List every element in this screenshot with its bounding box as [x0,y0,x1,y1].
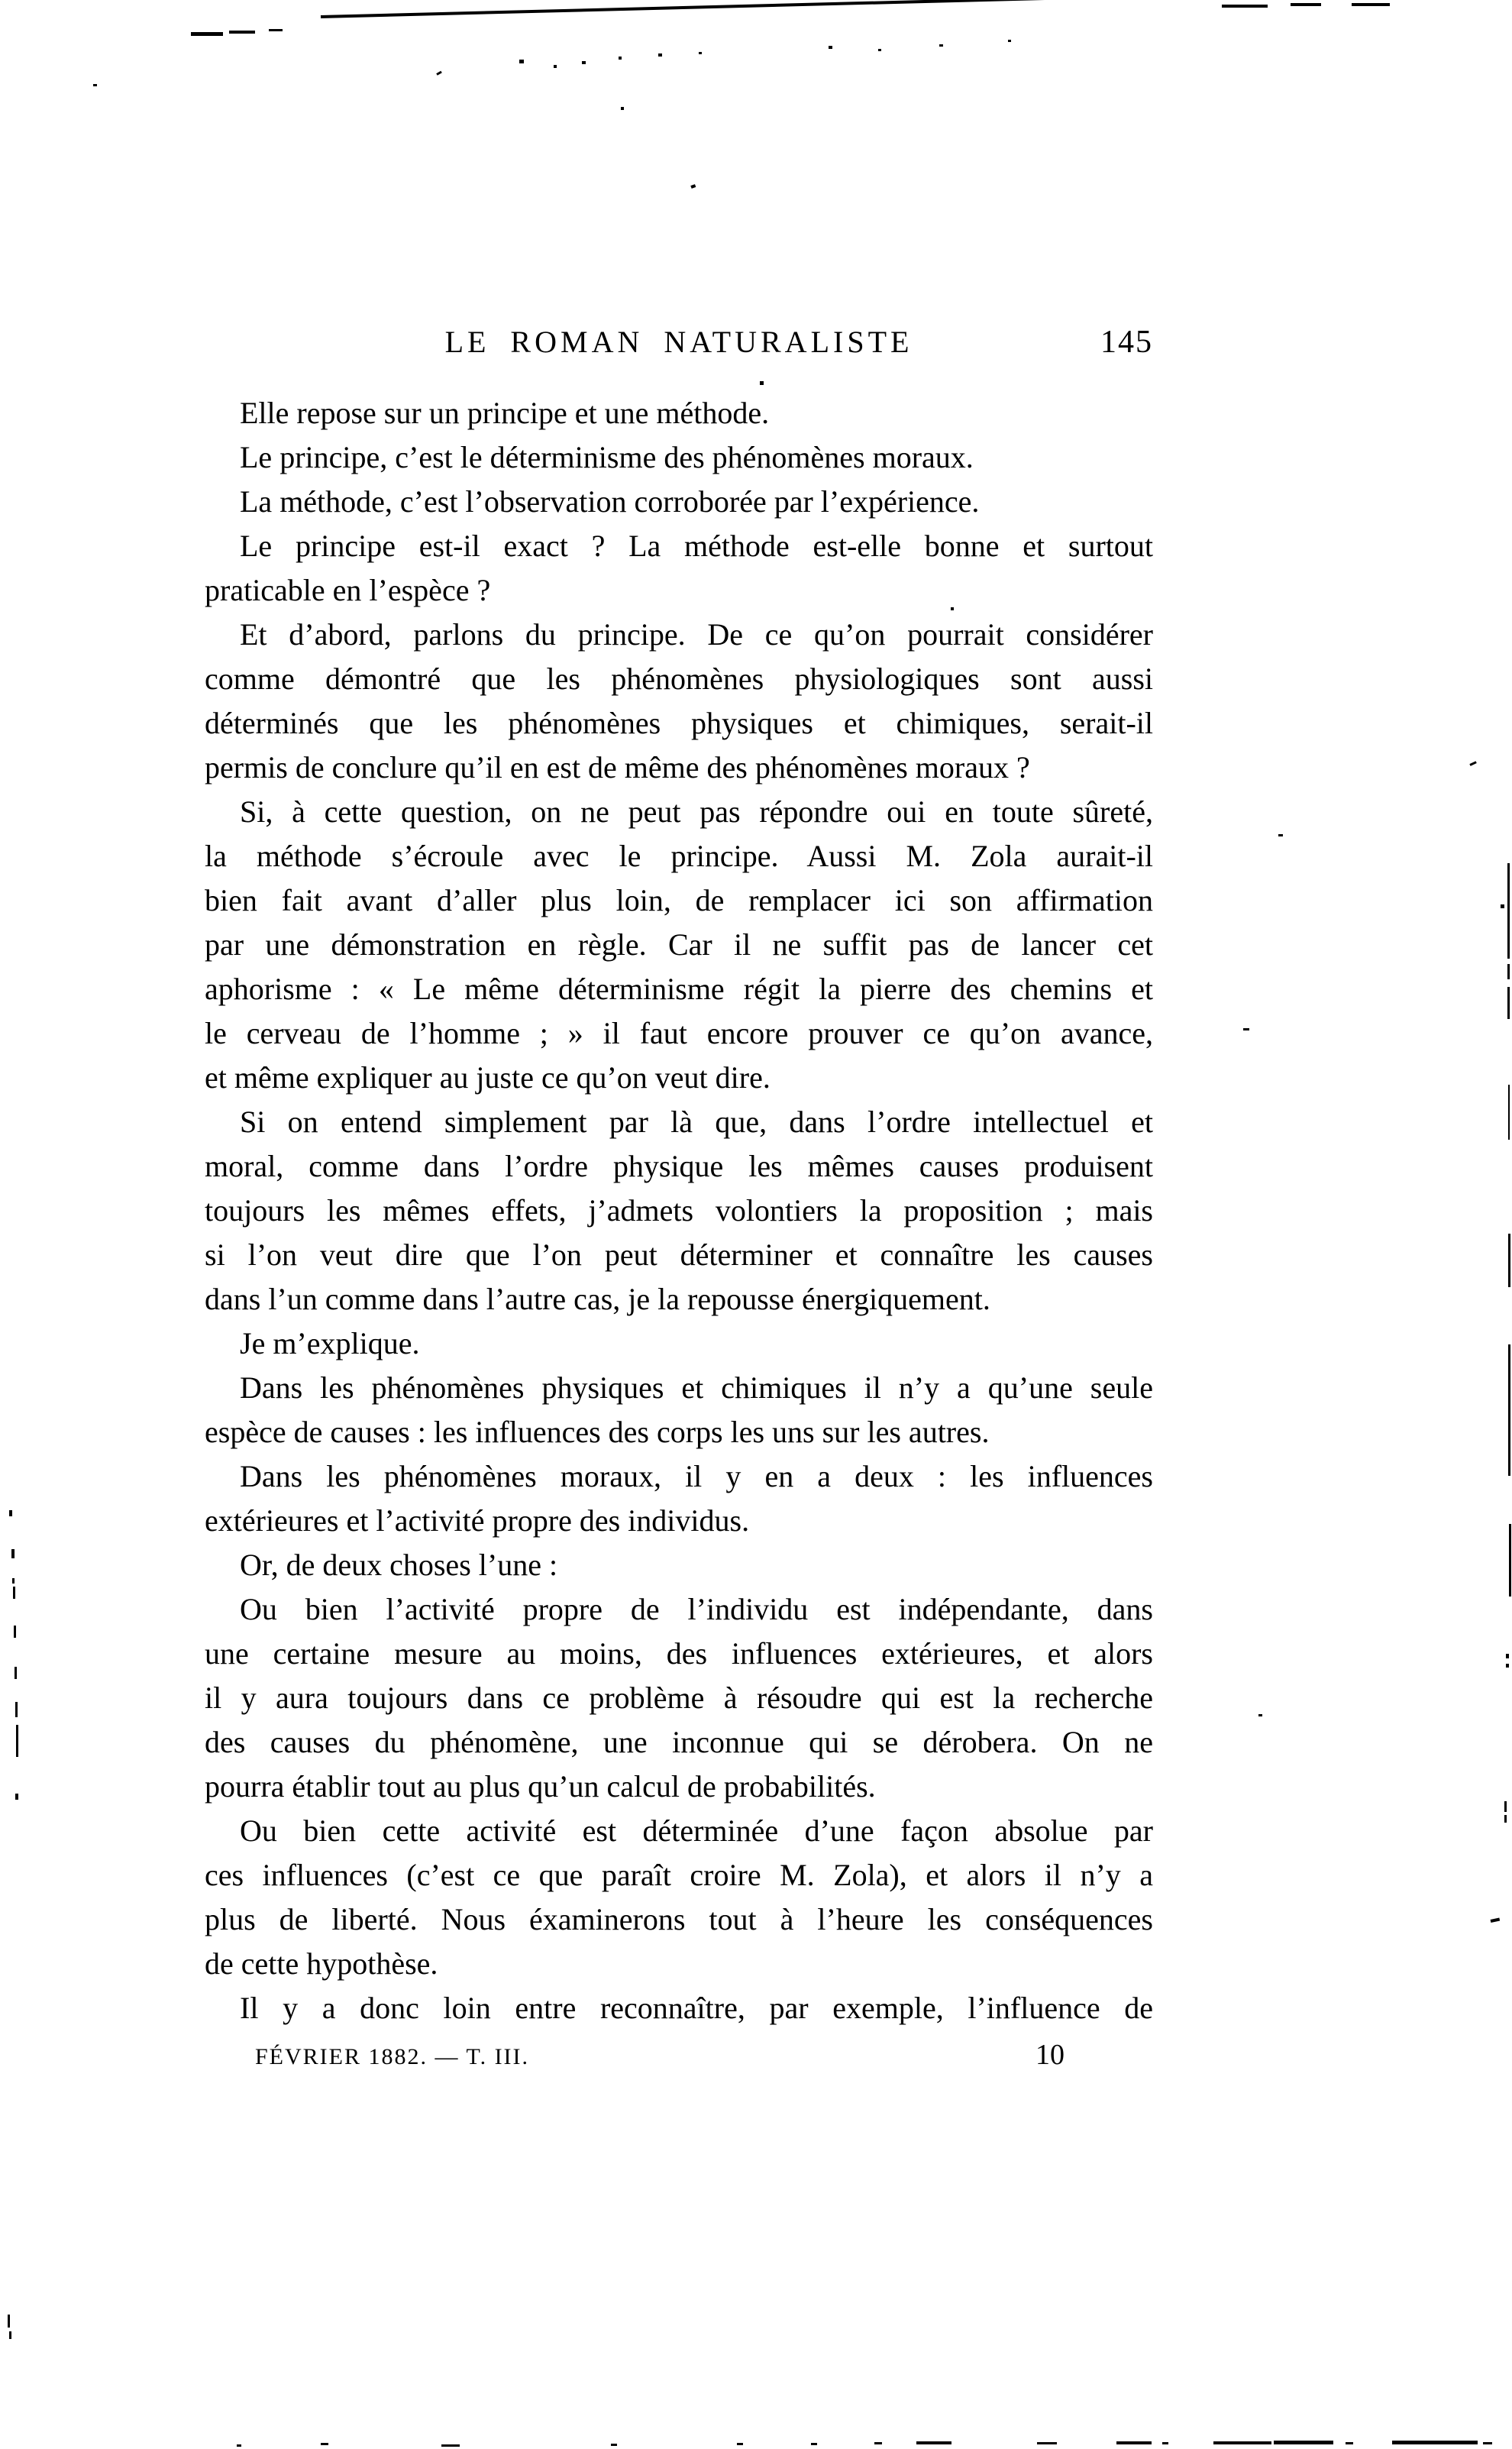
scan-artifact [916,2441,951,2444]
footer-imprint: FÉVRIER 1882. — T. III. [255,2044,529,2070]
scan-artifact [1491,1918,1501,1923]
scan-artifact [441,2444,460,2447]
page: LE ROMAN NATURALISTE 145 Elle repose sur… [0,0,1512,2449]
scan-artifact [1243,1028,1249,1030]
scan-artifact [939,44,943,47]
text-line: Si, à cette question, on ne peut pas rép… [205,790,1153,834]
scan-artifact [1506,1654,1509,1658]
scan-artifact [519,60,524,63]
scan-artifact [321,2443,328,2445]
page-number: 145 [1100,324,1153,361]
scan-artifact [829,46,832,49]
text-line: Dans les phénomènes moraux, il y en a de… [205,1454,1153,1499]
scan-artifact [1274,2441,1333,2444]
text-line: plus de liberté. Nous éxaminerons tout à… [205,1897,1153,1942]
text-line: par une démonstration en règle. Car il n… [205,923,1153,967]
page-footer: FÉVRIER 1882. — T. III. 10 [205,2038,1153,2076]
scan-artifact [611,2444,617,2446]
scan-artifact [582,61,586,64]
scan-artifact [1352,3,1390,6]
scan-artifact [1222,5,1268,8]
scan-artifact [1506,1664,1509,1668]
scan-artifact [191,32,223,36]
text-line: Il y a donc loin entre reconnaître, par … [205,1986,1153,2030]
scan-artifact [951,607,954,610]
scan-artifact [1509,1524,1511,1597]
scan-artifact [15,1667,17,1679]
scan-artifact [811,2443,817,2445]
footer-page-indicator: 10 [1035,2038,1065,2072]
text-line: Elle repose sur un principe et une métho… [205,391,1153,435]
text-line: si l’on veut dire que l’on peut détermin… [205,1233,1153,1277]
scan-artifact [619,57,622,60]
text-line: espèce de causes : les influences des co… [205,1410,1153,1454]
text-line: Ou bien l’activité propre de l’individu … [205,1587,1153,1632]
scan-artifact [229,31,255,34]
scan-artifact [1346,2442,1353,2444]
scan-artifact [269,29,283,31]
text-line: Je m’explique. [205,1322,1153,1366]
scan-artifact [1291,3,1321,6]
scan-artifact [8,2315,10,2328]
scan-artifact [237,2444,241,2447]
scan-artifact [16,1725,18,1757]
text-line: praticable en l’espèce ? [205,568,1153,613]
text-line: et même expliquer au juste ce qu’on veut… [205,1056,1153,1100]
text-line: il y aura toujours dans ce problème à ré… [205,1676,1153,1720]
scan-artifact [11,1549,15,1558]
text-line: ces influences (c’est ce que paraît croi… [205,1853,1153,1897]
page-title: LE ROMAN NATURALISTE [205,324,1153,360]
scan-artifact [1258,1714,1262,1716]
text-line: Dans les phénomènes physiques et chimiqu… [205,1366,1153,1410]
scan-artifact [1392,2441,1478,2444]
text-line: Le principe, c’est le déterminisme des p… [205,435,1153,480]
scan-artifact [690,184,696,189]
text-line: moral, comme dans l’ordre physique les m… [205,1144,1153,1189]
scan-artifact [1278,834,1283,836]
text-line: Et d’abord, parlons du principe. De ce q… [205,613,1153,657]
scan-artifact [878,49,881,51]
text-line: la méthode s’écroule avec le principe. A… [205,834,1153,878]
scan-artifact [9,2331,11,2339]
scan-artifact [1483,2442,1492,2444]
text-line: extérieures et l’activité propre des ind… [205,1499,1153,1543]
scan-artifact [93,84,97,86]
scan-artifact [1008,40,1011,42]
scan-artifact [15,1794,18,1800]
scan-artifact [874,2442,882,2444]
scan-artifact [1507,987,1510,1019]
text-line: La méthode, c’est l’observation corrobor… [205,480,1153,524]
text-line: Or, de deux choses l’une : [205,1543,1153,1587]
text-line: de cette hypothèse. [205,1942,1153,1986]
scan-artifact [1508,1344,1510,1476]
text-line: aphorisme : « Le même déterminisme régit… [205,967,1153,1011]
scan-artifact [1504,1815,1507,1823]
text-line: pourra établir tout au plus qu’un calcul… [205,1765,1153,1809]
text-line: permis de conclure qu’il en est de même … [205,746,1153,790]
scan-artifact [760,381,764,385]
text-line: une certaine mesure au moins, des influe… [205,1632,1153,1676]
scan-artifact [321,0,1220,18]
text-line: dans l’un comme dans l’autre cas, je la … [205,1277,1153,1322]
scan-artifact [1508,1085,1510,1140]
scan-artifact [1469,761,1476,766]
scan-artifact [13,1587,15,1599]
scan-artifact [1501,904,1504,908]
scan-artifact [554,65,557,68]
scan-artifact [14,1626,16,1638]
text-line: toujours les mêmes effets, j’admets volo… [205,1189,1153,1233]
scan-artifact [1037,2442,1057,2444]
scan-artifact [9,1510,12,1516]
scan-artifact [658,53,662,57]
scan-artifact [1116,2441,1152,2444]
scan-artifact [737,2443,743,2445]
text-line: comme démontré que les phénomènes physio… [205,657,1153,701]
scan-artifact [1507,863,1510,959]
scan-artifact [1213,2441,1271,2444]
scan-artifact [12,1578,15,1584]
text-line: le cerveau de l’homme ; » il faut encore… [205,1011,1153,1056]
body-text: Elle repose sur un principe et une métho… [205,391,1153,2030]
page-header: LE ROMAN NATURALISTE 145 [205,324,1153,362]
scan-artifact [1504,1801,1507,1812]
text-line: Si on entend simplement par là que, dans… [205,1100,1153,1144]
scan-artifact [436,71,442,76]
scan-artifact [699,52,702,54]
scan-artifact [621,107,624,110]
text-line: Le principe est-il exact ? La méthode es… [205,524,1153,568]
text-line: bien fait avant d’aller plus loin, de re… [205,878,1153,923]
text-line: des causes du phénomène, une inconnue qu… [205,1720,1153,1765]
text-line: Ou bien cette activité est déterminée d’… [205,1809,1153,1853]
scan-artifact [1508,1234,1510,1287]
scan-artifact [1507,964,1510,979]
text-line: déterminés que les phénomènes physiques … [205,701,1153,746]
scan-artifact [1162,2442,1168,2444]
scan-artifact [15,1702,18,1717]
